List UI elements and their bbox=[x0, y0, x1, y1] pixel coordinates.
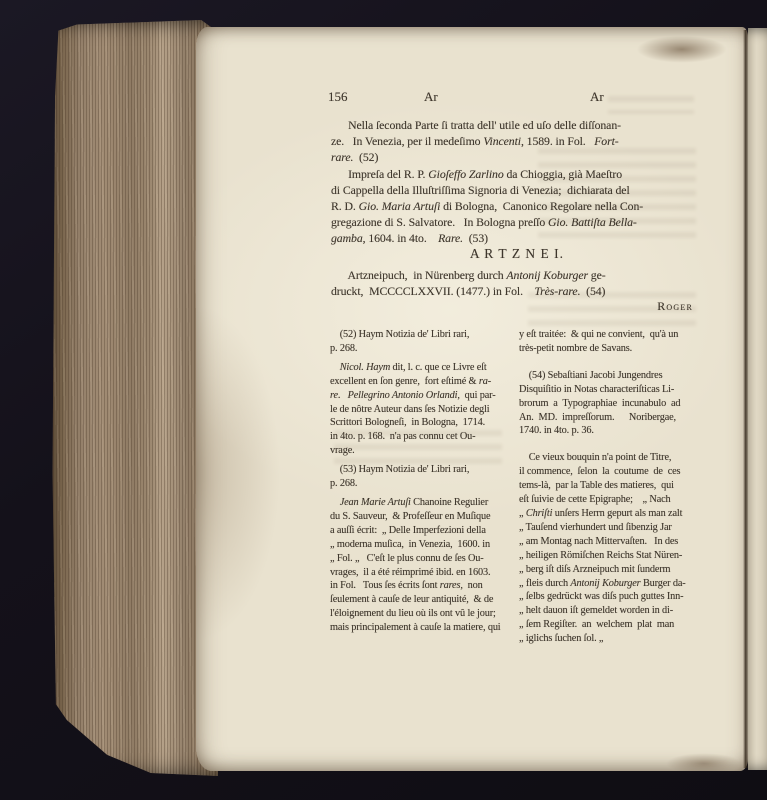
footnote-block: (52) Haym Notizia de' Libri rari,p. 268. bbox=[330, 328, 516, 356]
footnote-block: Nicol. Haym dit, l. c. que ce Livre eſte… bbox=[330, 361, 516, 458]
footnote-block: Ce vieux bouquin n'a point de Titre,il c… bbox=[519, 451, 707, 646]
text-line: gamba, 1604. in 4to. Rare. (53) bbox=[331, 230, 705, 246]
footnote-column-right: y eſt traitée: & qui ne convient, qu'à u… bbox=[519, 328, 707, 659]
text-line: p. 268. bbox=[330, 477, 516, 491]
text-line: l'éloignement du lieu où ils ont vû le j… bbox=[330, 607, 516, 621]
text-line: ze. In Venezia, per il medeſimo Vincenti… bbox=[331, 133, 705, 149]
text-line: „ iglichs ſuchen ſol. „ bbox=[519, 632, 707, 646]
text-line: le de nôtre Auteur dans ſes Notizie degl… bbox=[330, 403, 516, 417]
paragraph-artznei: Artzneipuch, in Nürenberg durch Antonij … bbox=[331, 267, 705, 299]
text-line: „ Chriſti unſers Herrn gepurt als man za… bbox=[519, 507, 707, 521]
text-line: très-petit nombre de Savans. bbox=[519, 342, 707, 356]
text-line: „ fleis durch Antonij Koburger Burger da… bbox=[519, 577, 707, 591]
text-line: „ Fol. „ C'eſt le plus connu de ſes Ou- bbox=[330, 552, 516, 566]
attribution-roger: Roger bbox=[331, 299, 693, 314]
text-line: 1740. in 4to. p. 36. bbox=[519, 424, 707, 438]
bleed-through-text bbox=[608, 96, 694, 114]
scanned-book-photo: 156 Ar Ar Nella ſeconda Parte ſi tratta … bbox=[0, 0, 767, 800]
footnote-block: Jean Marie Artuſi Chanoine Regulierdu S.… bbox=[330, 496, 516, 635]
text-line: rare. (52) bbox=[331, 149, 705, 165]
text-line: mais principalement à cauſe la matiere, … bbox=[330, 621, 516, 635]
text-line: druckt, MCCCCLXXVII. (1477.) in Fol. Trè… bbox=[331, 283, 705, 299]
text-line: (52) Haym Notizia de' Libri rari, bbox=[330, 328, 516, 342]
text-line: re. Pellegrino Antonio Orlandi, qui par- bbox=[330, 389, 516, 403]
text-line: „ Tauſend vierhundert und ſibenzig Jar bbox=[519, 521, 707, 535]
text-line: „ berg iſt diſs Arzneipuch mit ſunderm bbox=[519, 563, 707, 577]
text-line: a auſſi écrit: „ Delle Imperfezioni dell… bbox=[330, 524, 516, 538]
text-line: Nicol. Haym dit, l. c. que ce Livre eſt bbox=[330, 361, 516, 375]
text-line: brorum a Typographiae incunabulo ad bbox=[519, 397, 707, 411]
text-line: in Fol. Tous ſes écrits ſont rares, non bbox=[330, 579, 516, 593]
text-line: di Cappella della Illuſtriſſima Signoria… bbox=[331, 182, 705, 198]
text-line: Nella ſeconda Parte ſi tratta dell' util… bbox=[331, 117, 705, 133]
text-line: „ ſelbs gedrückt was diſs puch guttes In… bbox=[519, 590, 707, 604]
text-line: du S. Sauveur, & Profeſſeur en Muſique bbox=[330, 510, 516, 524]
footnote-column-left: (52) Haym Notizia de' Libri rari,p. 268.… bbox=[330, 328, 516, 640]
book-fore-edge bbox=[50, 20, 218, 776]
text-line: il commence, ſelon la coutume de ces bbox=[519, 465, 707, 479]
text-line: ſeulement à cauſe de leur antiquité, & d… bbox=[330, 593, 516, 607]
footnote-block: (54) Sebaſtiani Jacobi JungendresDisquiſ… bbox=[519, 369, 707, 439]
page-number: 156 bbox=[328, 89, 348, 105]
text-line: Ce vieux bouquin n'a point de Titre, bbox=[519, 451, 707, 465]
text-line: y eſt traitée: & qui ne convient, qu'à u… bbox=[519, 328, 707, 342]
text-line: (54) Sebaſtiani Jacobi Jungendres bbox=[519, 369, 707, 383]
text-line: „ helt dauon iſt gemeldet worden in di- bbox=[519, 604, 707, 618]
text-line: vrages, il a été réimprimé ibid. en 1603… bbox=[330, 566, 516, 580]
paragraph-vincenti: Nella ſeconda Parte ſi tratta dell' util… bbox=[331, 117, 705, 165]
text-line: Jean Marie Artuſi Chanoine Regulier bbox=[330, 496, 516, 510]
running-head-right: Ar bbox=[590, 89, 604, 105]
running-head-left: Ar bbox=[424, 89, 438, 105]
text-line: Disquiſitio in Notas characteriſticas Li… bbox=[519, 383, 707, 397]
text-line: „ moderna muſica, in Venezia, 1600. in bbox=[330, 538, 516, 552]
text-line: „ heiligen Römiſchen Reichs Stat Nüren- bbox=[519, 549, 707, 563]
text-line: Impreſa del R. P. Gioſeffo Zarlino da Ch… bbox=[331, 166, 705, 182]
text-line: R. D. Gio. Maria Artuſi di Bologna, Cano… bbox=[331, 198, 705, 214]
text-line: p. 268. bbox=[330, 342, 516, 356]
text-line: (53) Haym Notizia de' Libri rari, bbox=[330, 463, 516, 477]
footnote-block: (53) Haym Notizia de' Libri rari,p. 268. bbox=[330, 463, 516, 491]
text-line: Artzneipuch, in Nürenberg durch Antonij … bbox=[331, 267, 705, 283]
text-line: gregazione di S. Salvatore. In Bologna p… bbox=[331, 214, 705, 230]
text-line: An. MD. impreſſorum. Noribergae, bbox=[519, 411, 707, 425]
text-line: „ am Montag nach Mittervaſten. In des bbox=[519, 535, 707, 549]
text-line: Scrittori Bologneſi, in Bologna, 1714. bbox=[330, 416, 516, 430]
text-line: „ ſem Regiſter. an welchem plat man bbox=[519, 618, 707, 632]
text-line: tems-là, par la Table des matieres, qui bbox=[519, 479, 707, 493]
facing-page-sliver bbox=[748, 28, 767, 770]
section-heading-artznei: A R T Z N E I. bbox=[331, 246, 703, 262]
text-line: in 4to. p. 168. n'a pas connu cet Ou- bbox=[330, 430, 516, 444]
text-line: vrage. bbox=[330, 444, 516, 458]
paragraph-zarlino: Impreſa del R. P. Gioſeffo Zarlino da Ch… bbox=[331, 166, 705, 246]
text-line: eſt ſuivie de cette Epigraphe; „ Nach bbox=[519, 493, 707, 507]
footnote-block: y eſt traitée: & qui ne convient, qu'à u… bbox=[519, 328, 707, 356]
text-line: excellent en ſon genre, fort eſtimé & ra… bbox=[330, 375, 516, 389]
